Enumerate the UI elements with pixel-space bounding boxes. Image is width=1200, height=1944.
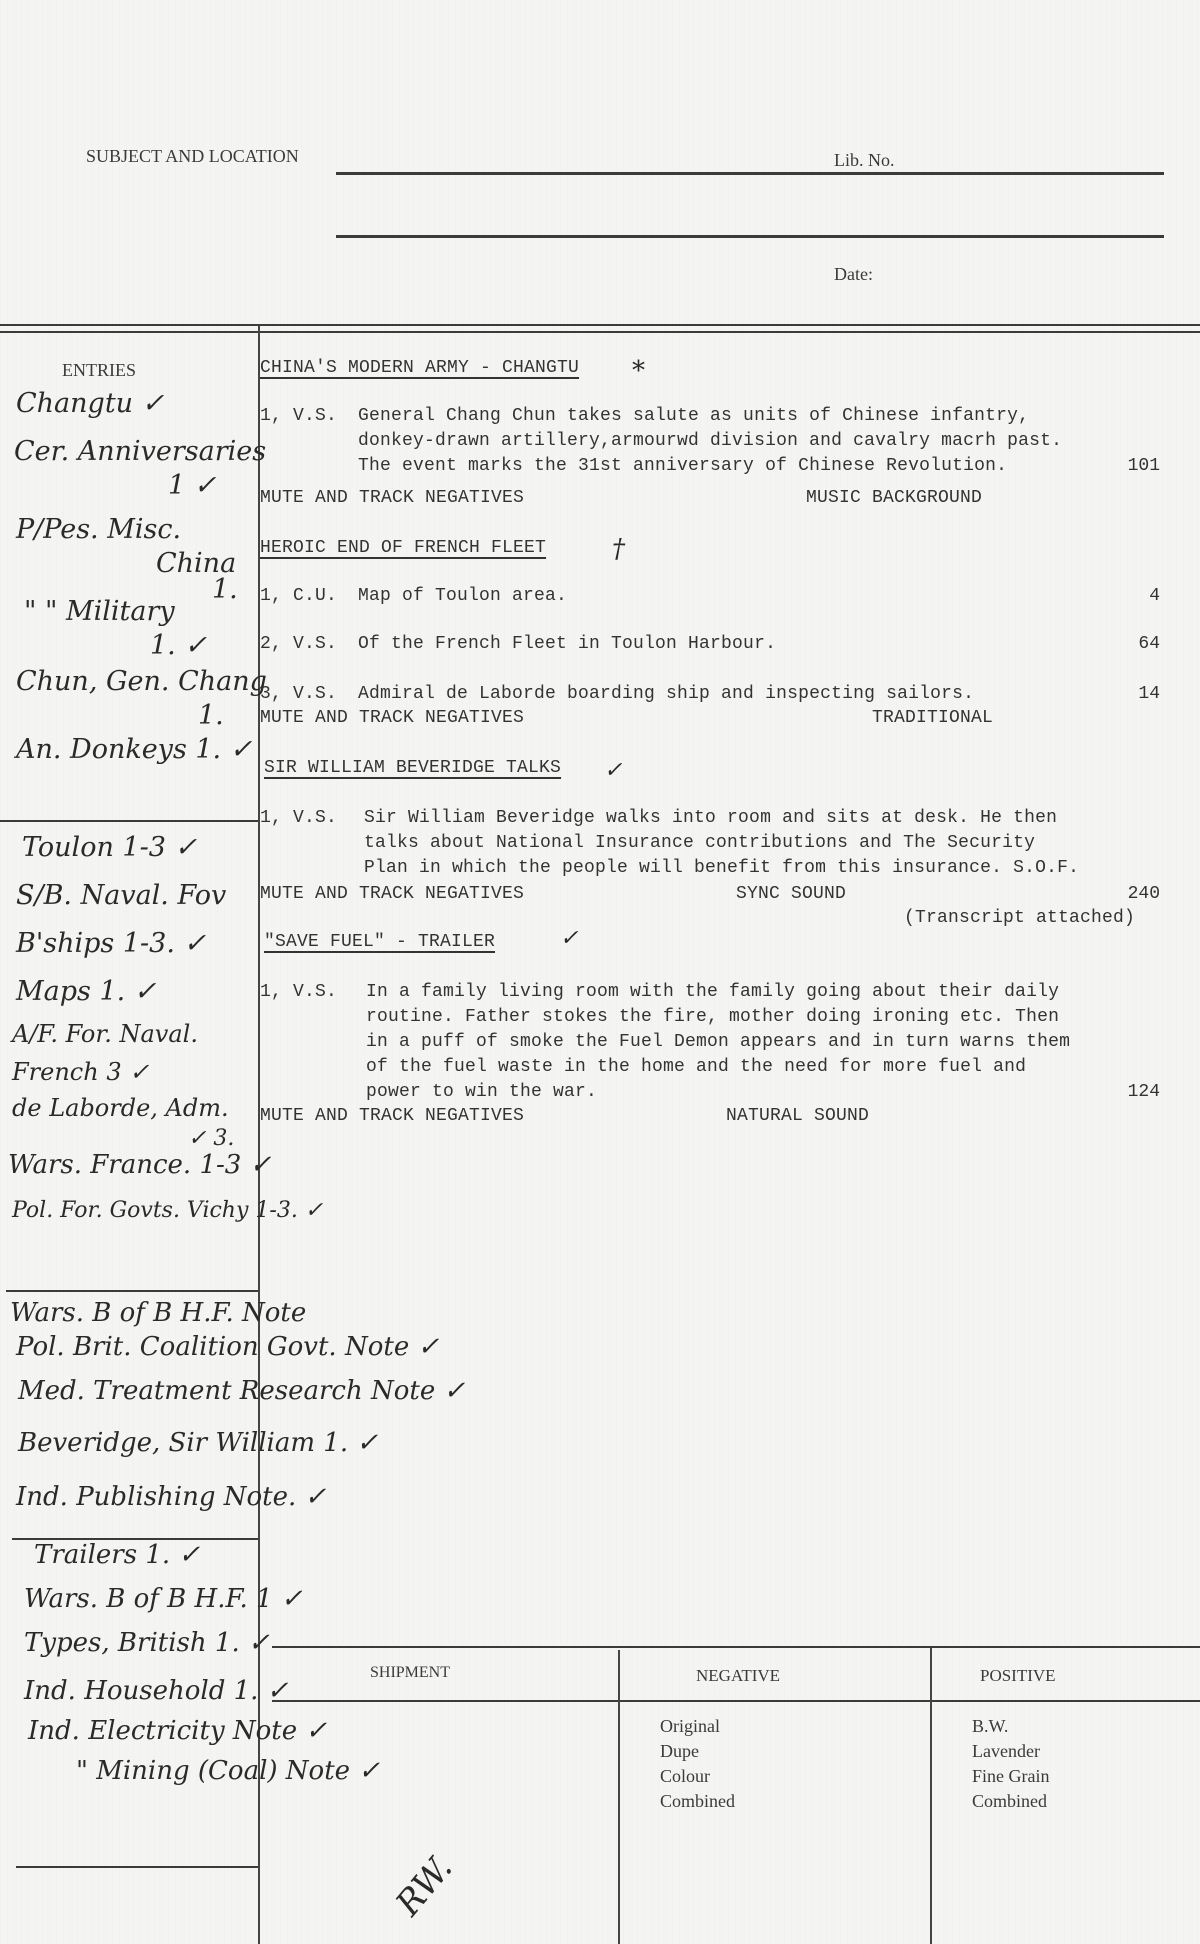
- story-title: "SAVE FUEL" - TRAILER: [264, 932, 495, 952]
- sound-label: SYNC SOUND: [736, 884, 846, 904]
- handwritten-entry: Ind. Electricity Note ✓: [28, 1716, 327, 1746]
- story-mark: *: [632, 356, 645, 386]
- handwritten-entry: 1.: [198, 700, 224, 731]
- shot-description-line: Of the French Fleet in Toulon Harbour.: [358, 634, 776, 654]
- handwritten-entry: 1.: [212, 574, 238, 605]
- negative-label: NEGATIVE: [696, 1666, 780, 1686]
- handwritten-entry: Med. Treatment Research Note ✓: [18, 1376, 465, 1406]
- entries-heading: ENTRIES: [62, 360, 136, 381]
- shot-description-line: Sir William Beveridge walks into room an…: [364, 808, 1057, 828]
- subject-label: SUBJECT AND LOCATION: [86, 146, 299, 167]
- handwritten-entry: P/Pes. Misc.: [16, 514, 181, 545]
- shot-description-line: General Chang Chun takes salute as units…: [358, 406, 1029, 426]
- handwritten-entry: Ind. Household 1. ✓: [24, 1676, 288, 1706]
- shot-footage: 240: [1128, 884, 1160, 904]
- handwritten-entry: " Mining (Coal) Note ✓: [76, 1756, 380, 1786]
- entries-bottom-rule: [16, 1866, 258, 1868]
- handwritten-entry: Wars. B of B H.F. 1 ✓: [24, 1584, 303, 1614]
- shipment-label: SHIPMENT: [370, 1664, 450, 1682]
- shot-footage: 101: [1128, 456, 1160, 476]
- date-label: Date:: [834, 264, 873, 285]
- shot-code: 2, V.S.: [260, 634, 337, 654]
- footer-column-divider: [930, 1648, 932, 1944]
- subject-field-line-2[interactable]: [336, 235, 1164, 238]
- negative-option-colour[interactable]: Colour: [660, 1766, 710, 1787]
- shot-description-line: in a puff of smoke the Fuel Demon appear…: [366, 1032, 1070, 1052]
- shot-footage: 4: [1149, 586, 1160, 606]
- negative-option-original[interactable]: Original: [660, 1716, 720, 1737]
- handwritten-entry: Maps 1. ✓: [16, 976, 156, 1007]
- handwritten-entry: 1. ✓: [150, 630, 207, 661]
- positive-option-lavender[interactable]: Lavender: [972, 1741, 1040, 1762]
- transcript-note: (Transcript attached): [904, 908, 1135, 928]
- story-mark: ✓: [560, 926, 578, 951]
- shot-code: 1, V.S.: [260, 406, 337, 426]
- shot-code: 3, V.S.: [260, 684, 337, 704]
- story-title: SIR WILLIAM BEVERIDGE TALKS: [264, 758, 561, 778]
- handwritten-entry: A/F. For. Naval.: [12, 1020, 198, 1048]
- shot-description-line: routine. Father stokes the fire, mother …: [366, 1007, 1059, 1027]
- shot-code: 1, V.S.: [260, 808, 337, 828]
- sound-label: TRADITIONAL: [872, 708, 993, 728]
- shot-description-line: of the fuel waste in the home and the ne…: [366, 1057, 1026, 1077]
- header-divider-2: [0, 331, 1200, 333]
- negative-option-combined[interactable]: Combined: [660, 1791, 735, 1812]
- initials-signature: RW.: [388, 1848, 460, 1923]
- entries-separator: [0, 820, 258, 822]
- handwritten-entry: Wars. B of B H.F. Note: [10, 1298, 306, 1328]
- shot-code: 1, C.U.: [260, 586, 337, 606]
- handwritten-entry: Pol. For. Govts. Vichy 1-3. ✓: [12, 1198, 323, 1223]
- header-divider: [0, 324, 1200, 326]
- sound-label: NATURAL SOUND: [726, 1106, 869, 1126]
- handwritten-entry: Cer. Anniversaries: [14, 436, 266, 467]
- handwritten-entry: Types, British 1. ✓: [24, 1628, 270, 1658]
- handwritten-entry: Changtu ✓: [16, 388, 164, 419]
- shot-description-line: talks about National Insurance contribut…: [364, 833, 1035, 853]
- shot-description-line: The event marks the 31st anniversary of …: [358, 456, 1007, 476]
- handwritten-entry: Toulon 1-3 ✓: [22, 832, 197, 863]
- story-mark: †: [612, 534, 625, 564]
- handwritten-entry: An. Donkeys 1. ✓: [16, 734, 252, 765]
- footer-table-header-rule: [272, 1700, 1200, 1702]
- sound-label: MUSIC BACKGROUND: [806, 488, 982, 508]
- shot-description-line: Admiral de Laborde boarding ship and ins…: [358, 684, 974, 704]
- story-mark: ✓: [604, 758, 622, 783]
- positive-option-combined[interactable]: Combined: [972, 1791, 1047, 1812]
- handwritten-entry: B'ships 1-3. ✓: [16, 928, 206, 959]
- negatives-label: MUTE AND TRACK NEGATIVES: [260, 1106, 524, 1126]
- lib-no-label: Lib. No.: [834, 150, 895, 171]
- handwritten-entry: Beveridge, Sir William 1. ✓: [18, 1428, 378, 1458]
- handwritten-entry: Wars. France. 1-3 ✓: [8, 1150, 271, 1180]
- entries-separator: [6, 1290, 258, 1292]
- story-title: HEROIC END OF FRENCH FLEET: [260, 538, 546, 558]
- footer-table-top-rule: [272, 1646, 1200, 1648]
- positive-option-bw[interactable]: B.W.: [972, 1716, 1008, 1737]
- negative-option-dupe[interactable]: Dupe: [660, 1741, 699, 1762]
- footer-column-divider: [618, 1650, 620, 1944]
- handwritten-entry: " " Military: [24, 596, 175, 627]
- handwritten-entry: Pol. Brit. Coalition Govt. Note ✓: [16, 1332, 439, 1362]
- handwritten-entry: Chun, Gen. Chang: [16, 666, 267, 697]
- handwritten-entry: ✓ 3.: [188, 1126, 234, 1151]
- shot-footage: 14: [1138, 684, 1160, 704]
- story-title: CHINA'S MODERN ARMY - CHANGTU: [260, 358, 579, 378]
- negatives-label: MUTE AND TRACK NEGATIVES: [260, 488, 524, 508]
- handwritten-entry: S/B. Naval. Fov: [16, 880, 226, 911]
- subject-field-line[interactable]: [336, 172, 1164, 175]
- negatives-label: MUTE AND TRACK NEGATIVES: [260, 708, 524, 728]
- shot-description-line: power to win the war.: [366, 1082, 597, 1102]
- shot-footage: 64: [1138, 634, 1160, 654]
- handwritten-entry: de Laborde, Adm.: [12, 1094, 229, 1122]
- handwritten-entry: French 3 ✓: [12, 1058, 149, 1086]
- shot-code: 1, V.S.: [260, 982, 337, 1002]
- handwritten-entry: Ind. Publishing Note. ✓: [16, 1482, 326, 1512]
- shot-description-line: Map of Toulon area.: [358, 586, 567, 606]
- shot-description-line: Plan in which the people will benefit fr…: [364, 858, 1079, 878]
- shot-description-line: In a family living room with the family …: [366, 982, 1059, 1002]
- negatives-label: MUTE AND TRACK NEGATIVES: [260, 884, 524, 904]
- shot-footage: 124: [1128, 1082, 1160, 1102]
- handwritten-entry: 1 ✓: [168, 470, 216, 501]
- handwritten-entry: Trailers 1. ✓: [34, 1540, 200, 1570]
- positive-label: POSITIVE: [980, 1666, 1056, 1686]
- shot-description-line: donkey-drawn artillery,armourwd division…: [358, 431, 1062, 451]
- positive-option-fine-grain[interactable]: Fine Grain: [972, 1766, 1049, 1787]
